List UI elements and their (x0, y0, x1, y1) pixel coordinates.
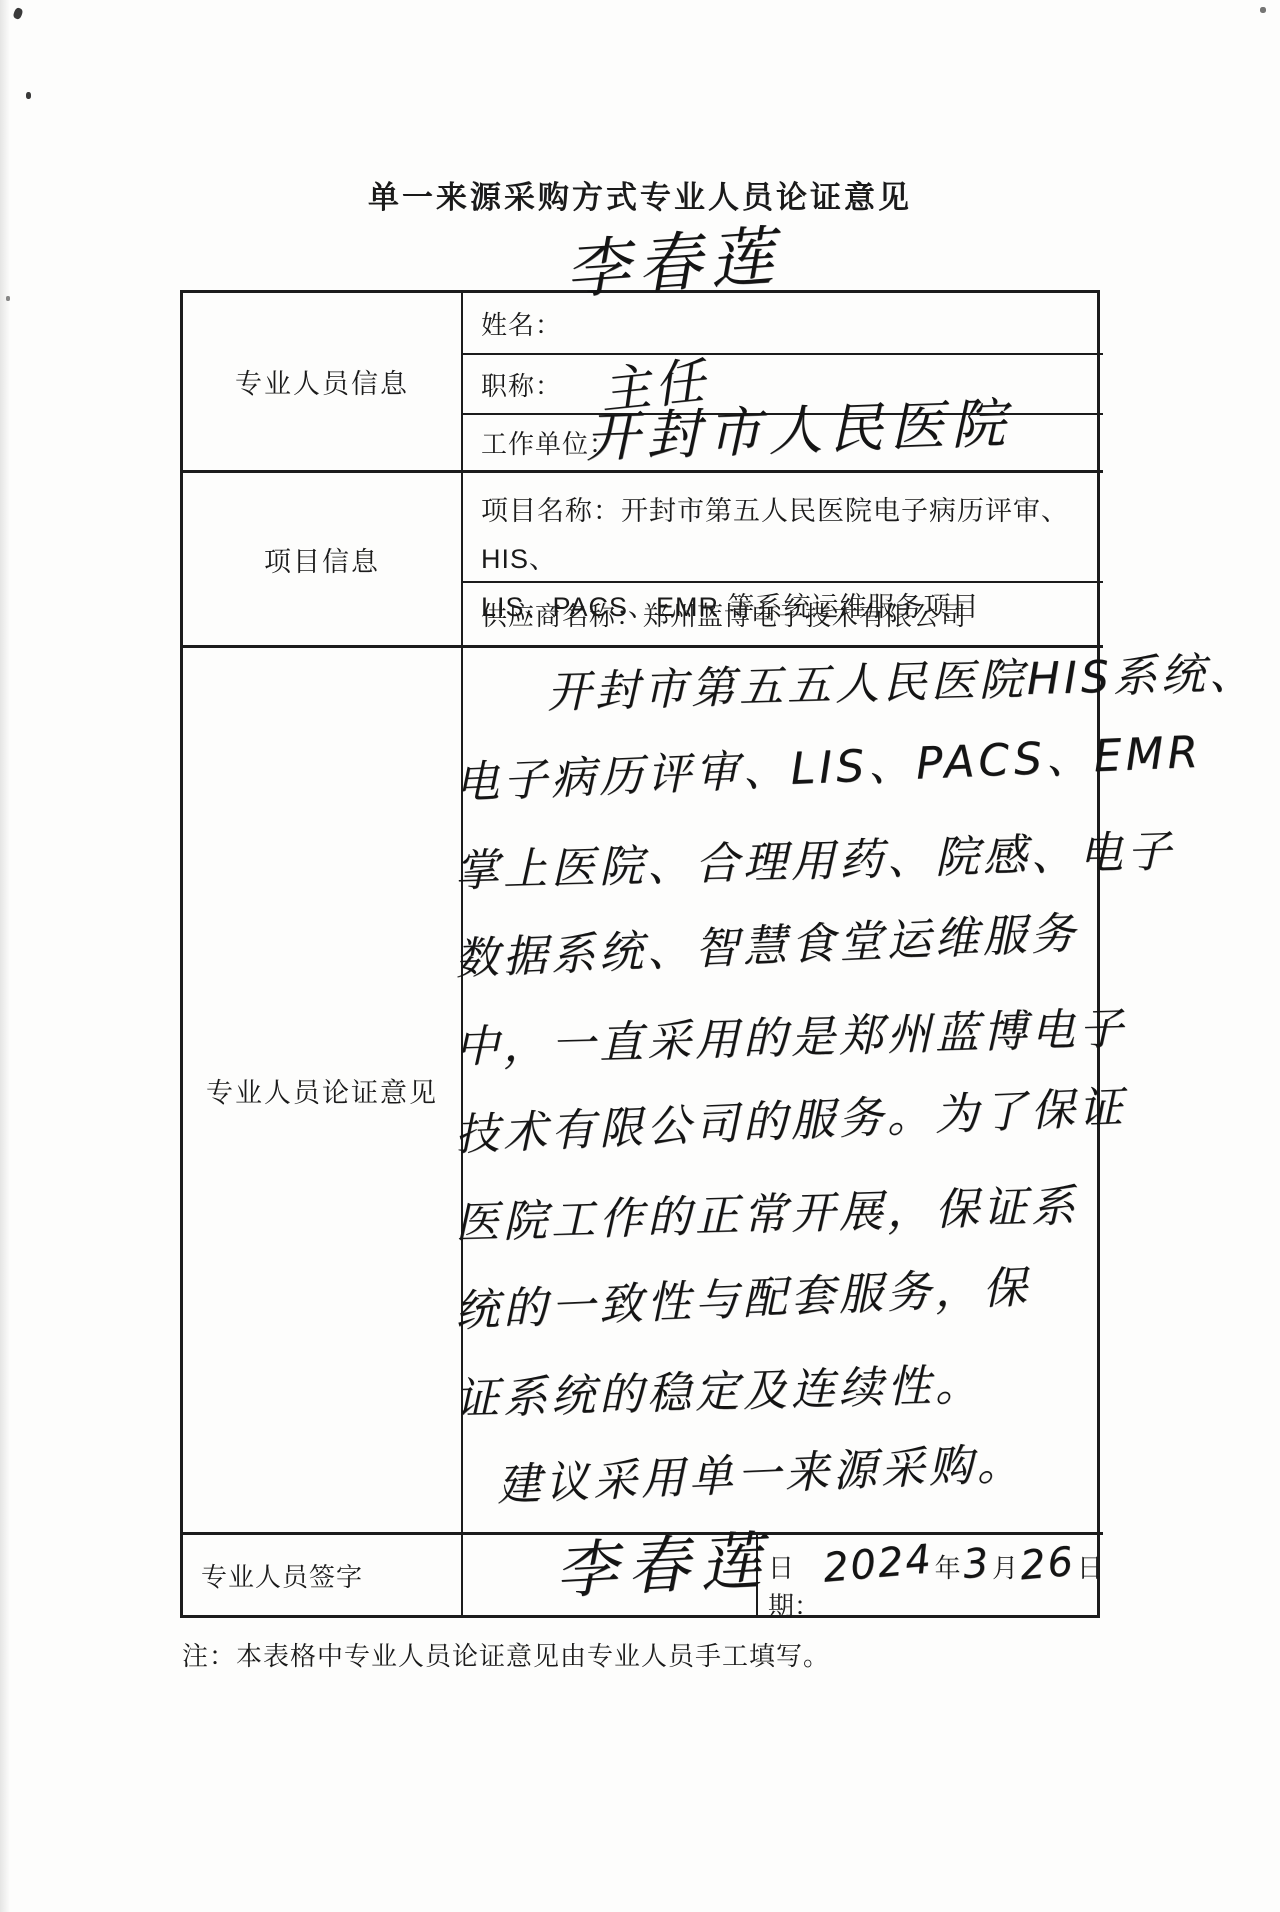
scan-artifact (12, 7, 23, 20)
section-label-text: 专业人员论证意见 (206, 1071, 438, 1110)
date-year-handwritten: 2024 (822, 1542, 934, 1585)
document-title: 单一来源采购方式专业人员论证意见 (0, 172, 1280, 217)
scanned-document-page: 单一来源采购方式专业人员论证意见 专业人员信息 姓名： 职称： 工作单位： 项目… (0, 0, 1280, 1912)
field-supplier-value: 郑州蓝博电子技术有限公司 (643, 596, 967, 633)
date-month-handwritten: 3 (961, 1546, 991, 1582)
scan-artifact (1260, 7, 1266, 13)
field-project-name-row: 项目名称：开封市第五人民医院电子病历评审、HIS、 LIS、PACS、EMR 等… (463, 473, 1103, 583)
scan-artifact (6, 296, 10, 301)
field-jobtitle-label: 职称： (481, 366, 562, 403)
section-label-text: 项目信息 (264, 540, 380, 579)
field-name-label: 姓名： (481, 305, 562, 342)
date-day-handwritten: 26 (1019, 1545, 1077, 1584)
handwritten-opinion: 开封市第五五人民医院HIS系统、 电子病历评审、LIS、PACS、EMR 掌上医… (455, 652, 1115, 1532)
date-day-unit: 日 (1077, 1549, 1103, 1587)
handwritten-work-unit: 开封市人民医院 (584, 381, 1013, 473)
date-year-unit: 年 (935, 1549, 961, 1587)
date-month-unit: 月 (992, 1549, 1018, 1587)
section-label-opinion: 专业人员论证意见 (183, 648, 463, 1535)
footer-note: 注：本表格中专业人员论证意见由专业人员手工填写。 (182, 1636, 830, 1673)
field-name-row: 姓名： (463, 293, 1103, 355)
signature-label: 专业人员签字 (201, 1557, 363, 1594)
signature-label-cell: 专业人员签字 (183, 1535, 463, 1615)
section-label-text: 专业人员信息 (235, 362, 409, 401)
field-project-name-label: 项目名称： (481, 496, 621, 526)
section-label-project-info: 项目信息 (183, 473, 463, 648)
handwritten-name: 李春莲 (562, 205, 784, 312)
date-label: 日期： (768, 1549, 821, 1625)
date-cell: 日期：2024年3月26日 (758, 1535, 1103, 1615)
handwritten-signature: 李春莲 (553, 1510, 773, 1610)
field-supplier-label: 供应商名称： (481, 596, 643, 633)
scan-artifact (26, 92, 31, 99)
section-label-professional-info: 专业人员信息 (183, 293, 463, 473)
